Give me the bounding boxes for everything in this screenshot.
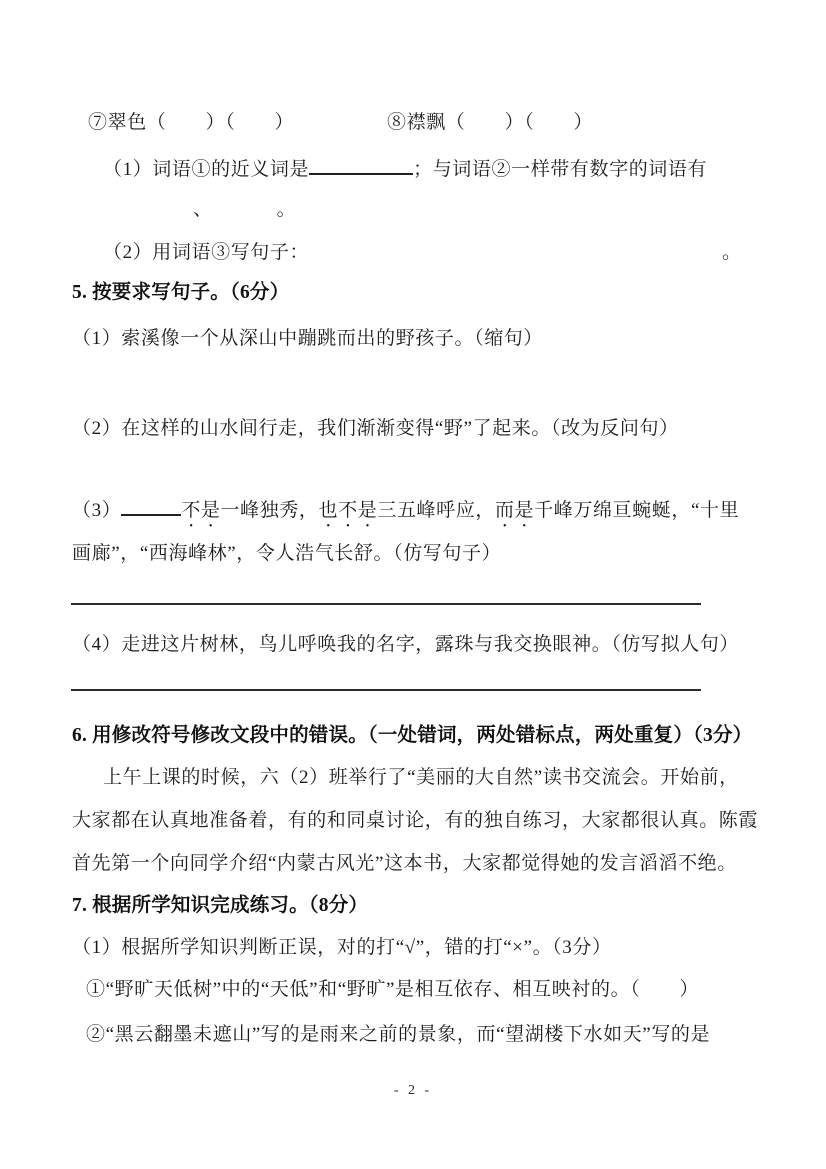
q6-paragraph-line3: 首先第一个向同学介绍“内蒙古风光”这本书，大家都觉得她的发言滔滔不绝。	[72, 851, 737, 877]
q5-sub3-seg3: 三五峰呼应，	[377, 500, 495, 521]
page-number: - 2 -	[0, 1083, 826, 1099]
exam-paper-page: ⑦翠色（ ）（ ） ⑧襟飘（ ）（ ） （1）词语①的近义词是；与词语②一样带有…	[0, 0, 826, 1169]
q5-sub4-line: （4）走进这片树林，鸟儿呼唤我的名字，露珠与我交换眼神。（仿写拟人句）	[72, 632, 739, 658]
q5-sub3-prefix: （3）	[72, 500, 121, 521]
q4-sub1-continuation-line: 、。	[193, 197, 296, 223]
q4-sub1-suffix: ；与词语②一样带有数字的词语有	[413, 159, 707, 180]
q5-sub3-seg5: 千峰万绵亘蜿蜒，“十里	[534, 500, 739, 521]
q4-sub1-line: （1）词语①的近义词是；与词语②一样带有数字的词语有	[103, 155, 707, 183]
q5-sub3-line2: 画廊”，“西海峰林”，令人浩气长舒。（仿写句子）	[72, 541, 501, 567]
q7-item1-line: ①“野旷天低树”中的“天低”和“野旷”是相互依存、相互映衬的。（ ）	[86, 977, 699, 1003]
q5-sub3-line1: （3）不是一峰独秀，也不是三五峰呼应，而是千峰万绵亘蜿蜒，“十里	[72, 496, 739, 532]
q4-sub1-comma: 、	[193, 199, 213, 220]
q5-sub2-line: （2）在这样的山水间行走，我们渐渐变得“野”了起来。（改为反问句）	[72, 416, 679, 442]
q4-word-item-7: ⑦翠色（ ）（ ）	[88, 110, 294, 136]
q5-sub3-seg4: 而是	[495, 500, 534, 521]
answer-rule-2	[71, 689, 701, 691]
q7-title: 7. 根据所学知识完成练习。（8分）	[72, 893, 368, 919]
q6-paragraph-line2: 大家都在认真地准备着，有的和同桌讨论，有的独自练习，大家都很认真。陈霞	[72, 808, 758, 834]
q5-sub3-seg1: 一峰独秀，	[221, 500, 319, 521]
q4-sub2-end-period: 。	[722, 240, 742, 266]
q4-sub1-period: 。	[277, 199, 297, 220]
q5-sub1-line: （1）索溪像一个从深山中蹦跳而出的野孩子。（缩句）	[72, 326, 543, 352]
q4-word-item-8: ⑧襟飘（ ）（ ）	[387, 110, 593, 136]
q7-item2-line: ②“黑云翻墨未遮山”写的是雨来之前的景象，而“望湖楼下水如天”写的是	[86, 1022, 710, 1048]
q5-sub3-seg0: 不是	[181, 500, 220, 521]
q4-sub1-prefix: （1）词语①的近义词是	[103, 159, 309, 180]
q5-title: 5. 按要求写句子。（6分）	[72, 280, 289, 306]
q6-paragraph-line1: 上午上课的时候，六（2）班举行了“美丽的大自然”读书交流会。开始前，	[103, 765, 739, 791]
q7-sub1-line: （1）根据所学知识判断正误，对的打“√”，错的打“×”。（3分）	[72, 935, 612, 961]
q4-sub1-answer-blank	[309, 155, 413, 175]
answer-rule-1	[71, 603, 701, 605]
q4-sub2-line: （2）用词语③写句子：	[103, 240, 309, 266]
q6-title: 6. 用修改符号修改文段中的错误。（一处错词，两处错标点，两处重复）（3分）	[72, 723, 752, 749]
q5-sub3-answer-blank	[121, 496, 181, 516]
q5-sub3-seg2: 也不是	[319, 500, 378, 521]
